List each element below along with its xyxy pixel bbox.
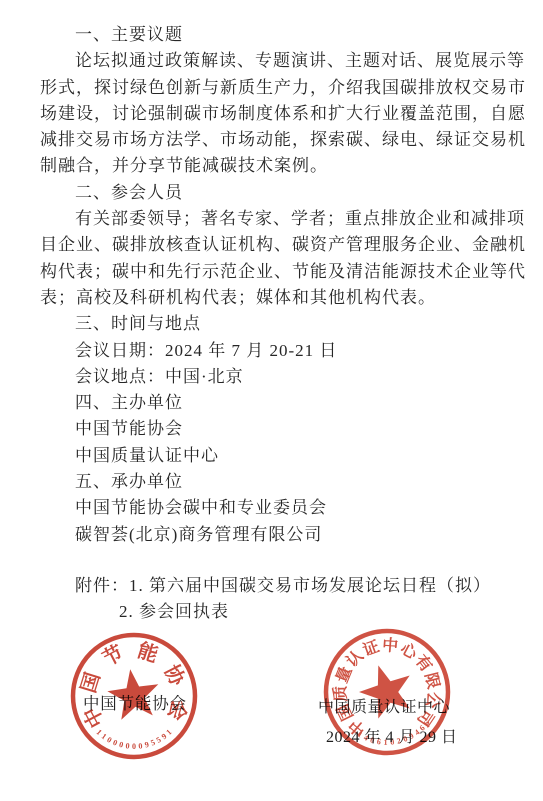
doc-line: 减排交易市场方法学、市场动能，探索碳、绿电、绿证交易机 xyxy=(40,127,508,153)
svg-text:证: 证 xyxy=(361,637,382,659)
svg-text:2: 2 xyxy=(396,736,402,746)
heading-participants: 二、参会人员 xyxy=(40,180,508,206)
svg-text:0: 0 xyxy=(132,742,136,751)
svg-text:质: 质 xyxy=(331,685,351,702)
svg-text:6: 6 xyxy=(376,737,381,747)
attachment-line-2: 2. 参会回执表 xyxy=(40,599,508,625)
heading-hosts: 四、主办单位 xyxy=(40,390,508,416)
svg-text:0: 0 xyxy=(125,741,130,750)
red-seal-icon-cqc: 中国质量认证中心有限公司1140610209466 xyxy=(319,624,455,760)
doc-line: 形式，探讨绿色创新与新质生产力，介绍我国碳排放权交易市 xyxy=(40,75,508,101)
host-org-line: 中国节能协会 xyxy=(40,416,508,442)
doc-line: 目企业、碳排放核查认证机构、碳资产管理服务企业、金融机 xyxy=(40,232,508,258)
svg-text:4: 4 xyxy=(362,733,369,743)
red-seal-icon-cesa: 中国节能协会1100000095591 xyxy=(66,629,202,765)
svg-text:限: 限 xyxy=(421,671,443,691)
svg-text:中: 中 xyxy=(382,636,399,655)
organizer-org-line: 碳智荟(北京)商务管理有限公司 xyxy=(40,522,508,548)
svg-text:0: 0 xyxy=(112,738,119,748)
doc-line: 有关部委领导；著名专家、学者；重点排放企业和减排项 xyxy=(40,206,508,232)
blank-gap xyxy=(40,548,508,573)
svg-text:0: 0 xyxy=(138,741,143,750)
doc-line: 论坛拟通过政策解读、专题演讲、主题对话、展览展示等 xyxy=(40,48,508,74)
svg-text:0: 0 xyxy=(118,740,124,750)
doc-line: 表；高校及科研机构代表；媒体和其他机构代表。 xyxy=(40,285,508,311)
heading-organizers: 五、承办单位 xyxy=(40,469,508,495)
attachment-line-1: 附件：1. 第六届中国碳交易市场发展论坛日程（拟） xyxy=(40,573,508,599)
scanned-document-page: 一、主要议题 论坛拟通过政策解读、专题演讲、主题对话、展览展示等 形式，探讨绿色… xyxy=(0,0,543,801)
doc-line: 构代表；碳中和先行示范企业、节能及清洁能源技术企业等代 xyxy=(40,259,508,285)
meeting-date-line: 会议日期：2024 年 7 月 20-21 日 xyxy=(40,338,508,364)
svg-text:9: 9 xyxy=(144,740,150,750)
svg-text:能: 能 xyxy=(135,638,161,667)
organizer-org-line: 中国节能协会碳中和专业委员会 xyxy=(40,495,508,521)
host-org-line: 中国质量认证中心 xyxy=(40,443,508,469)
svg-text:国: 国 xyxy=(77,670,105,696)
meeting-place-line: 会议地点：中国·北京 xyxy=(40,364,508,390)
heading-main-topics: 一、主要议题 xyxy=(40,22,508,48)
document-body: 一、主要议题 论坛拟通过政策解读、专题演讲、主题对话、展览展示等 形式，探讨绿色… xyxy=(40,22,508,626)
doc-line: 制融合，并分享节能减碳技术案例。 xyxy=(40,153,508,179)
svg-text:0: 0 xyxy=(369,735,375,745)
svg-text:会: 会 xyxy=(163,697,192,723)
svg-text:1: 1 xyxy=(383,738,387,747)
heading-time-place: 三、时间与地点 xyxy=(40,311,508,337)
svg-text:0: 0 xyxy=(390,737,395,746)
doc-line: 场建设，讨论强制碳市场制度体系和扩大行业覆盖范围，自愿 xyxy=(40,101,508,127)
